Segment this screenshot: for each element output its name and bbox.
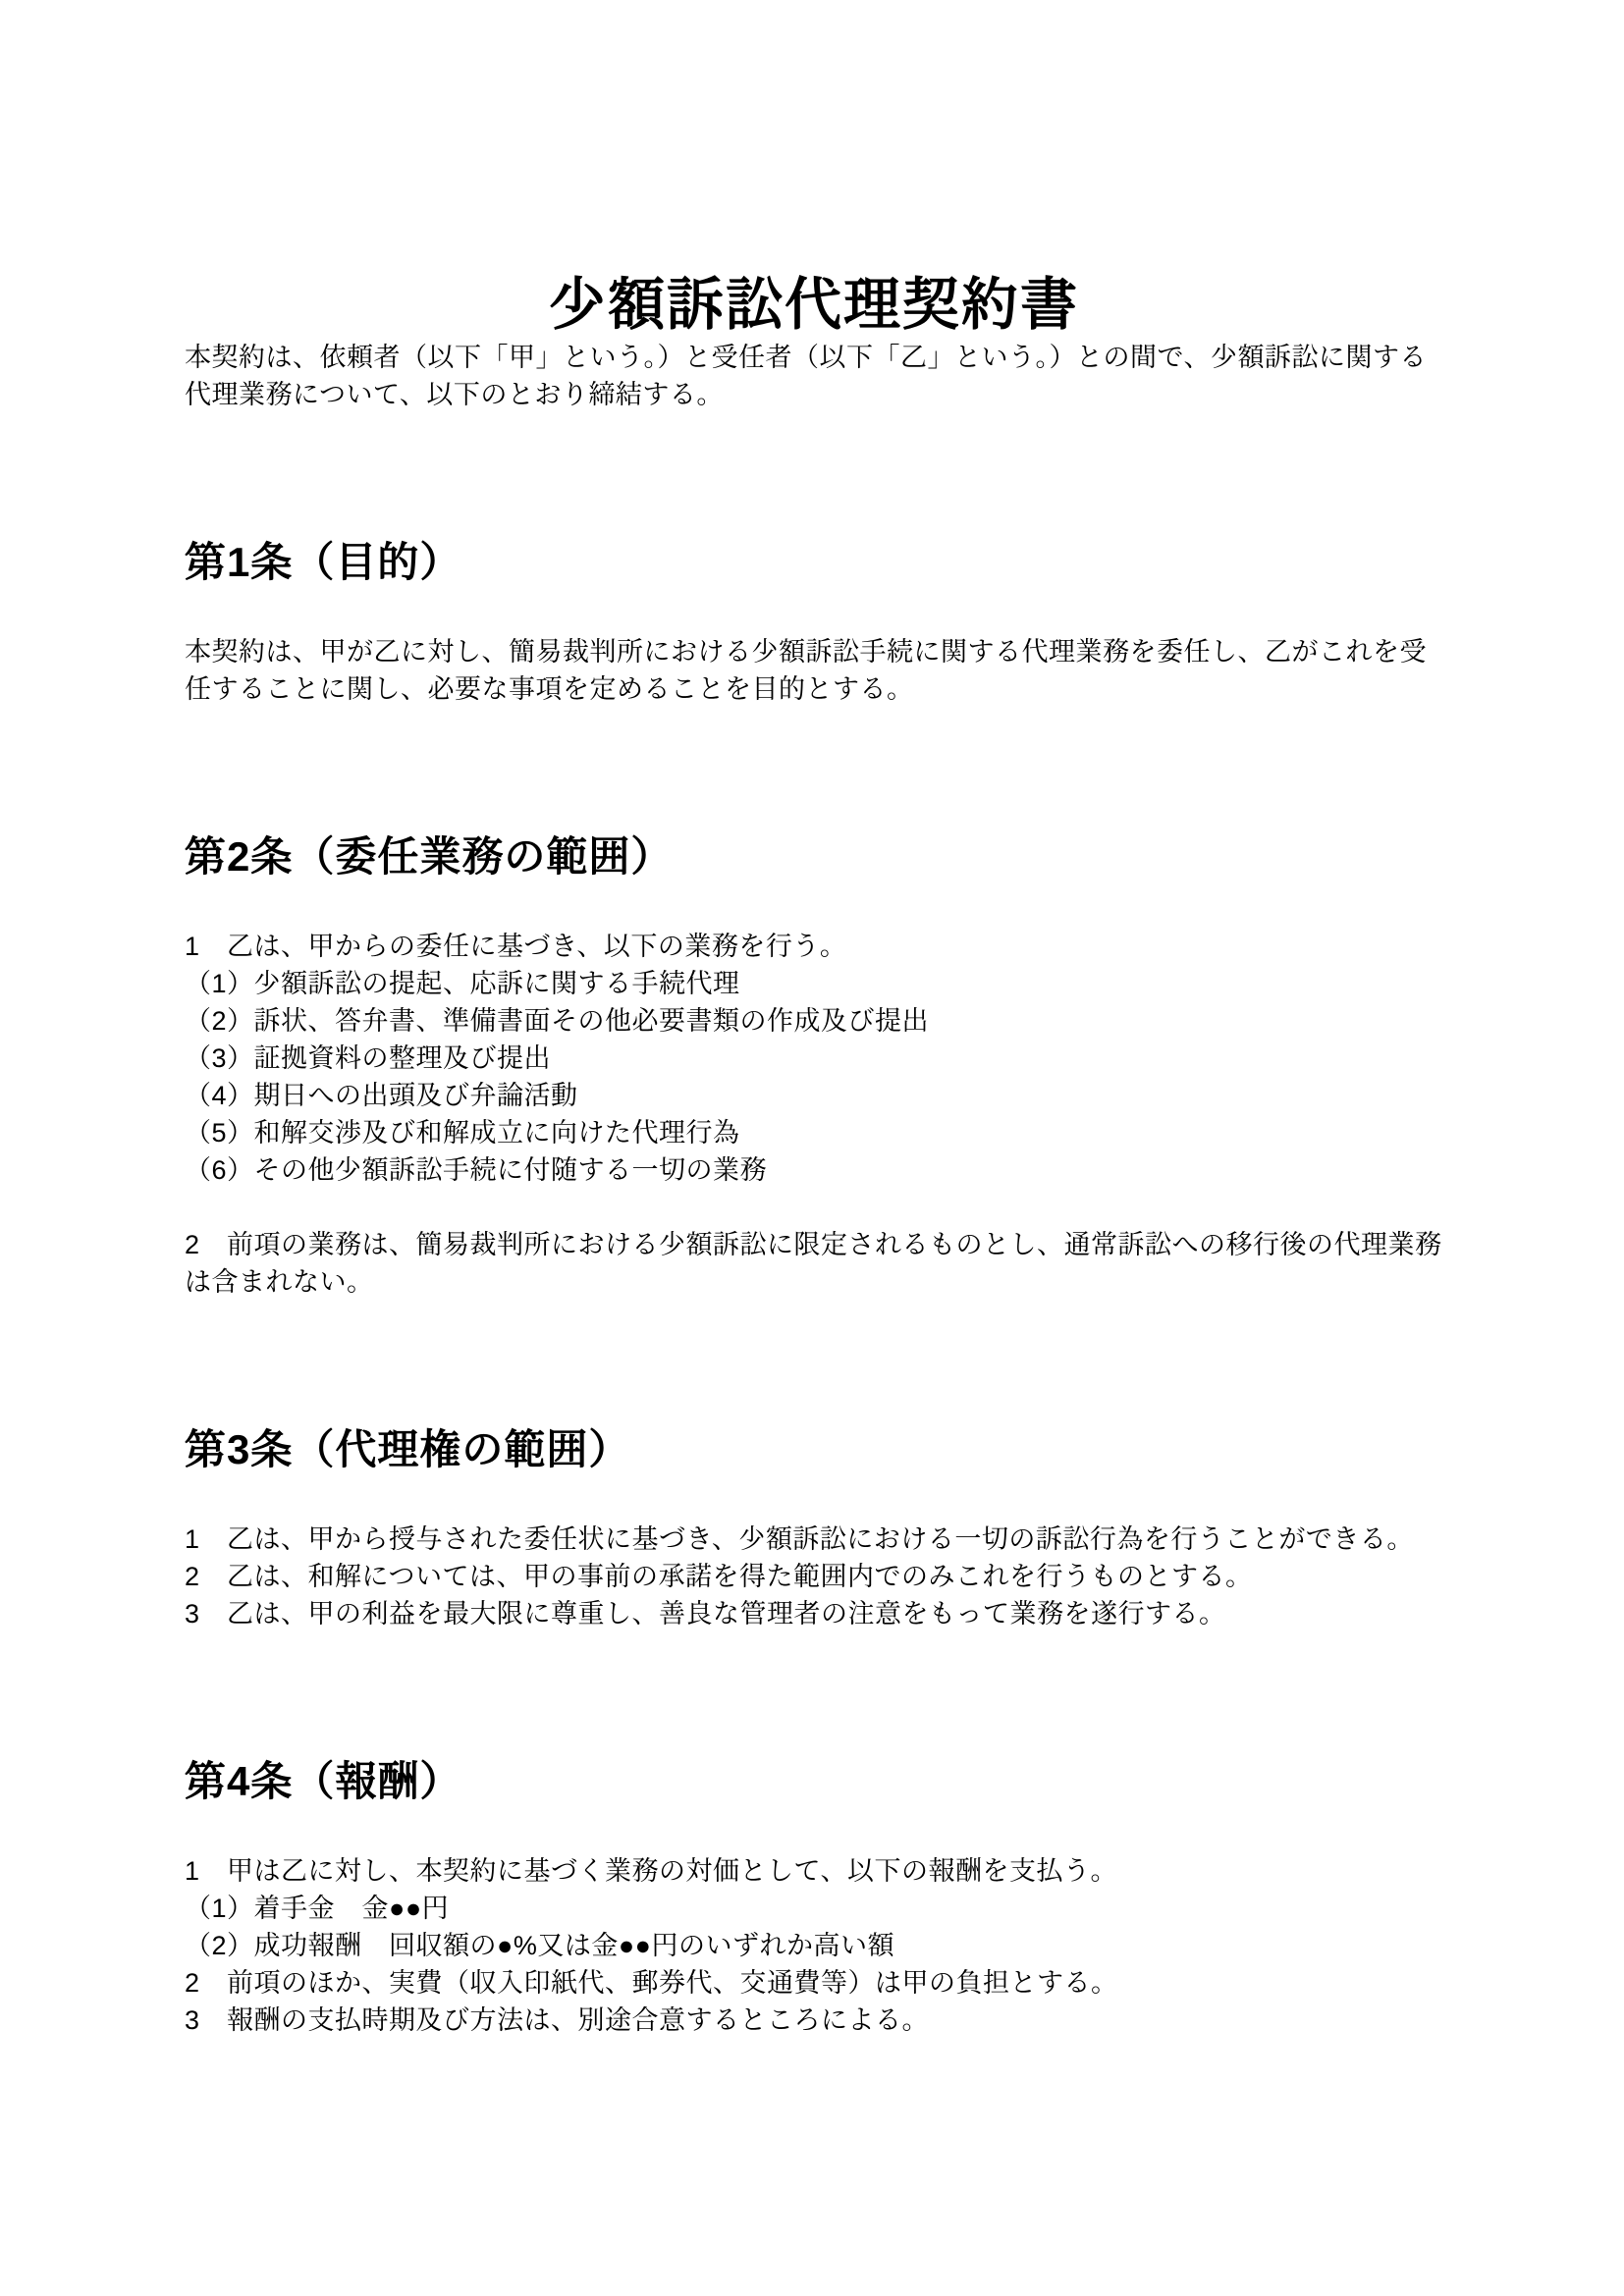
article-2-item-3: （3）証拠資料の整理及び提出	[185, 1040, 1443, 1077]
article-2-clause-1: 1 乙は、甲からの委任に基づき、以下の業務を行う。	[185, 928, 1443, 965]
article-2-item-5: （5）和解交渉及び和解成立に向けた代理行為	[185, 1114, 1443, 1151]
article-3-clause-1: 1 乙は、甲から授与された委任状に基づき、少額訴訟における一切の訴訟行為を行うこ…	[185, 1521, 1443, 1558]
article-4-item-2: （2）成功報酬 回収額の●%又は金●●円のいずれか高い額	[185, 1927, 1443, 1964]
article-3-block-1: 1 乙は、甲から授与された委任状に基づき、少額訴訟における一切の訴訟行為を行うこ…	[185, 1521, 1443, 1632]
article-2-item-6: （6）その他少額訴訟手続に付随する一切の業務	[185, 1151, 1443, 1189]
article-2-block-1: 1 乙は、甲からの委任に基づき、以下の業務を行う。 （1）少額訴訟の提起、応訴に…	[185, 928, 1443, 1189]
article-1-heading: 第1条（目的）	[185, 539, 1443, 586]
article-2-heading: 第2条（委任業務の範囲）	[185, 833, 1443, 881]
article-4-heading: 第4条（報酬）	[185, 1758, 1443, 1805]
article-2-item-4: （4）期日への出頭及び弁論活動	[185, 1077, 1443, 1114]
article-3-clause-2: 2 乙は、和解については、甲の事前の承諾を得た範囲内でのみこれを行うものとする。	[185, 1558, 1443, 1595]
article-2: 第2条（委任業務の範囲） 1 乙は、甲からの委任に基づき、以下の業務を行う。 （…	[185, 833, 1443, 1301]
article-4-clause-3: 3 報酬の支払時期及び方法は、別途合意するところによる。	[185, 2002, 1443, 2039]
article-4: 第4条（報酬） 1 甲は乙に対し、本契約に基づく業務の対価として、以下の報酬を支…	[185, 1758, 1443, 2039]
document-title: 少額訴訟代理契約書	[185, 273, 1443, 339]
article-4-clause-2: 2 前項のほか、実費（収入印紙代、郵券代、交通費等）は甲の負担とする。	[185, 1964, 1443, 2002]
article-4-block-1: 1 甲は乙に対し、本契約に基づく業務の対価として、以下の報酬を支払う。 （1）着…	[185, 1852, 1443, 2039]
article-1: 第1条（目的） 本契約は、甲が乙に対し、簡易裁判所における少額訴訟手続に関する代…	[185, 539, 1443, 708]
article-3-heading: 第3条（代理権の範囲）	[185, 1426, 1443, 1473]
document-page: 少額訴訟代理契約書 本契約は、依頼者（以下「甲」という。）と受任者（以下「乙」と…	[0, 0, 1624, 2296]
article-2-item-1: （1）少額訴訟の提起、応訴に関する手続代理	[185, 965, 1443, 1002]
article-1-block-1: 本契約は、甲が乙に対し、簡易裁判所における少額訴訟手続に関する代理業務を委任し、…	[185, 633, 1443, 708]
article-2-clause-2: 2 前項の業務は、簡易裁判所における少額訴訟に限定されるものとし、通常訴訟への移…	[185, 1226, 1443, 1301]
article-3-clause-3: 3 乙は、甲の利益を最大限に尊重し、善良な管理者の注意をもって業務を遂行する。	[185, 1595, 1443, 1632]
article-2-item-2: （2）訴状、答弁書、準備書面その他必要書類の作成及び提出	[185, 1002, 1443, 1040]
article-4-item-1: （1）着手金 金●●円	[185, 1890, 1443, 1927]
article-3: 第3条（代理権の範囲） 1 乙は、甲から授与された委任状に基づき、少額訴訟におけ…	[185, 1426, 1443, 1632]
article-2-block-2: 2 前項の業務は、簡易裁判所における少額訴訟に限定されるものとし、通常訴訟への移…	[185, 1226, 1443, 1301]
article-4-clause-1: 1 甲は乙に対し、本契約に基づく業務の対価として、以下の報酬を支払う。	[185, 1852, 1443, 1890]
article-1-paragraph: 本契約は、甲が乙に対し、簡易裁判所における少額訴訟手続に関する代理業務を委任し、…	[185, 633, 1443, 708]
intro-paragraph: 本契約は、依頼者（以下「甲」という。）と受任者（以下「乙」という。）との間で、少…	[185, 339, 1443, 413]
